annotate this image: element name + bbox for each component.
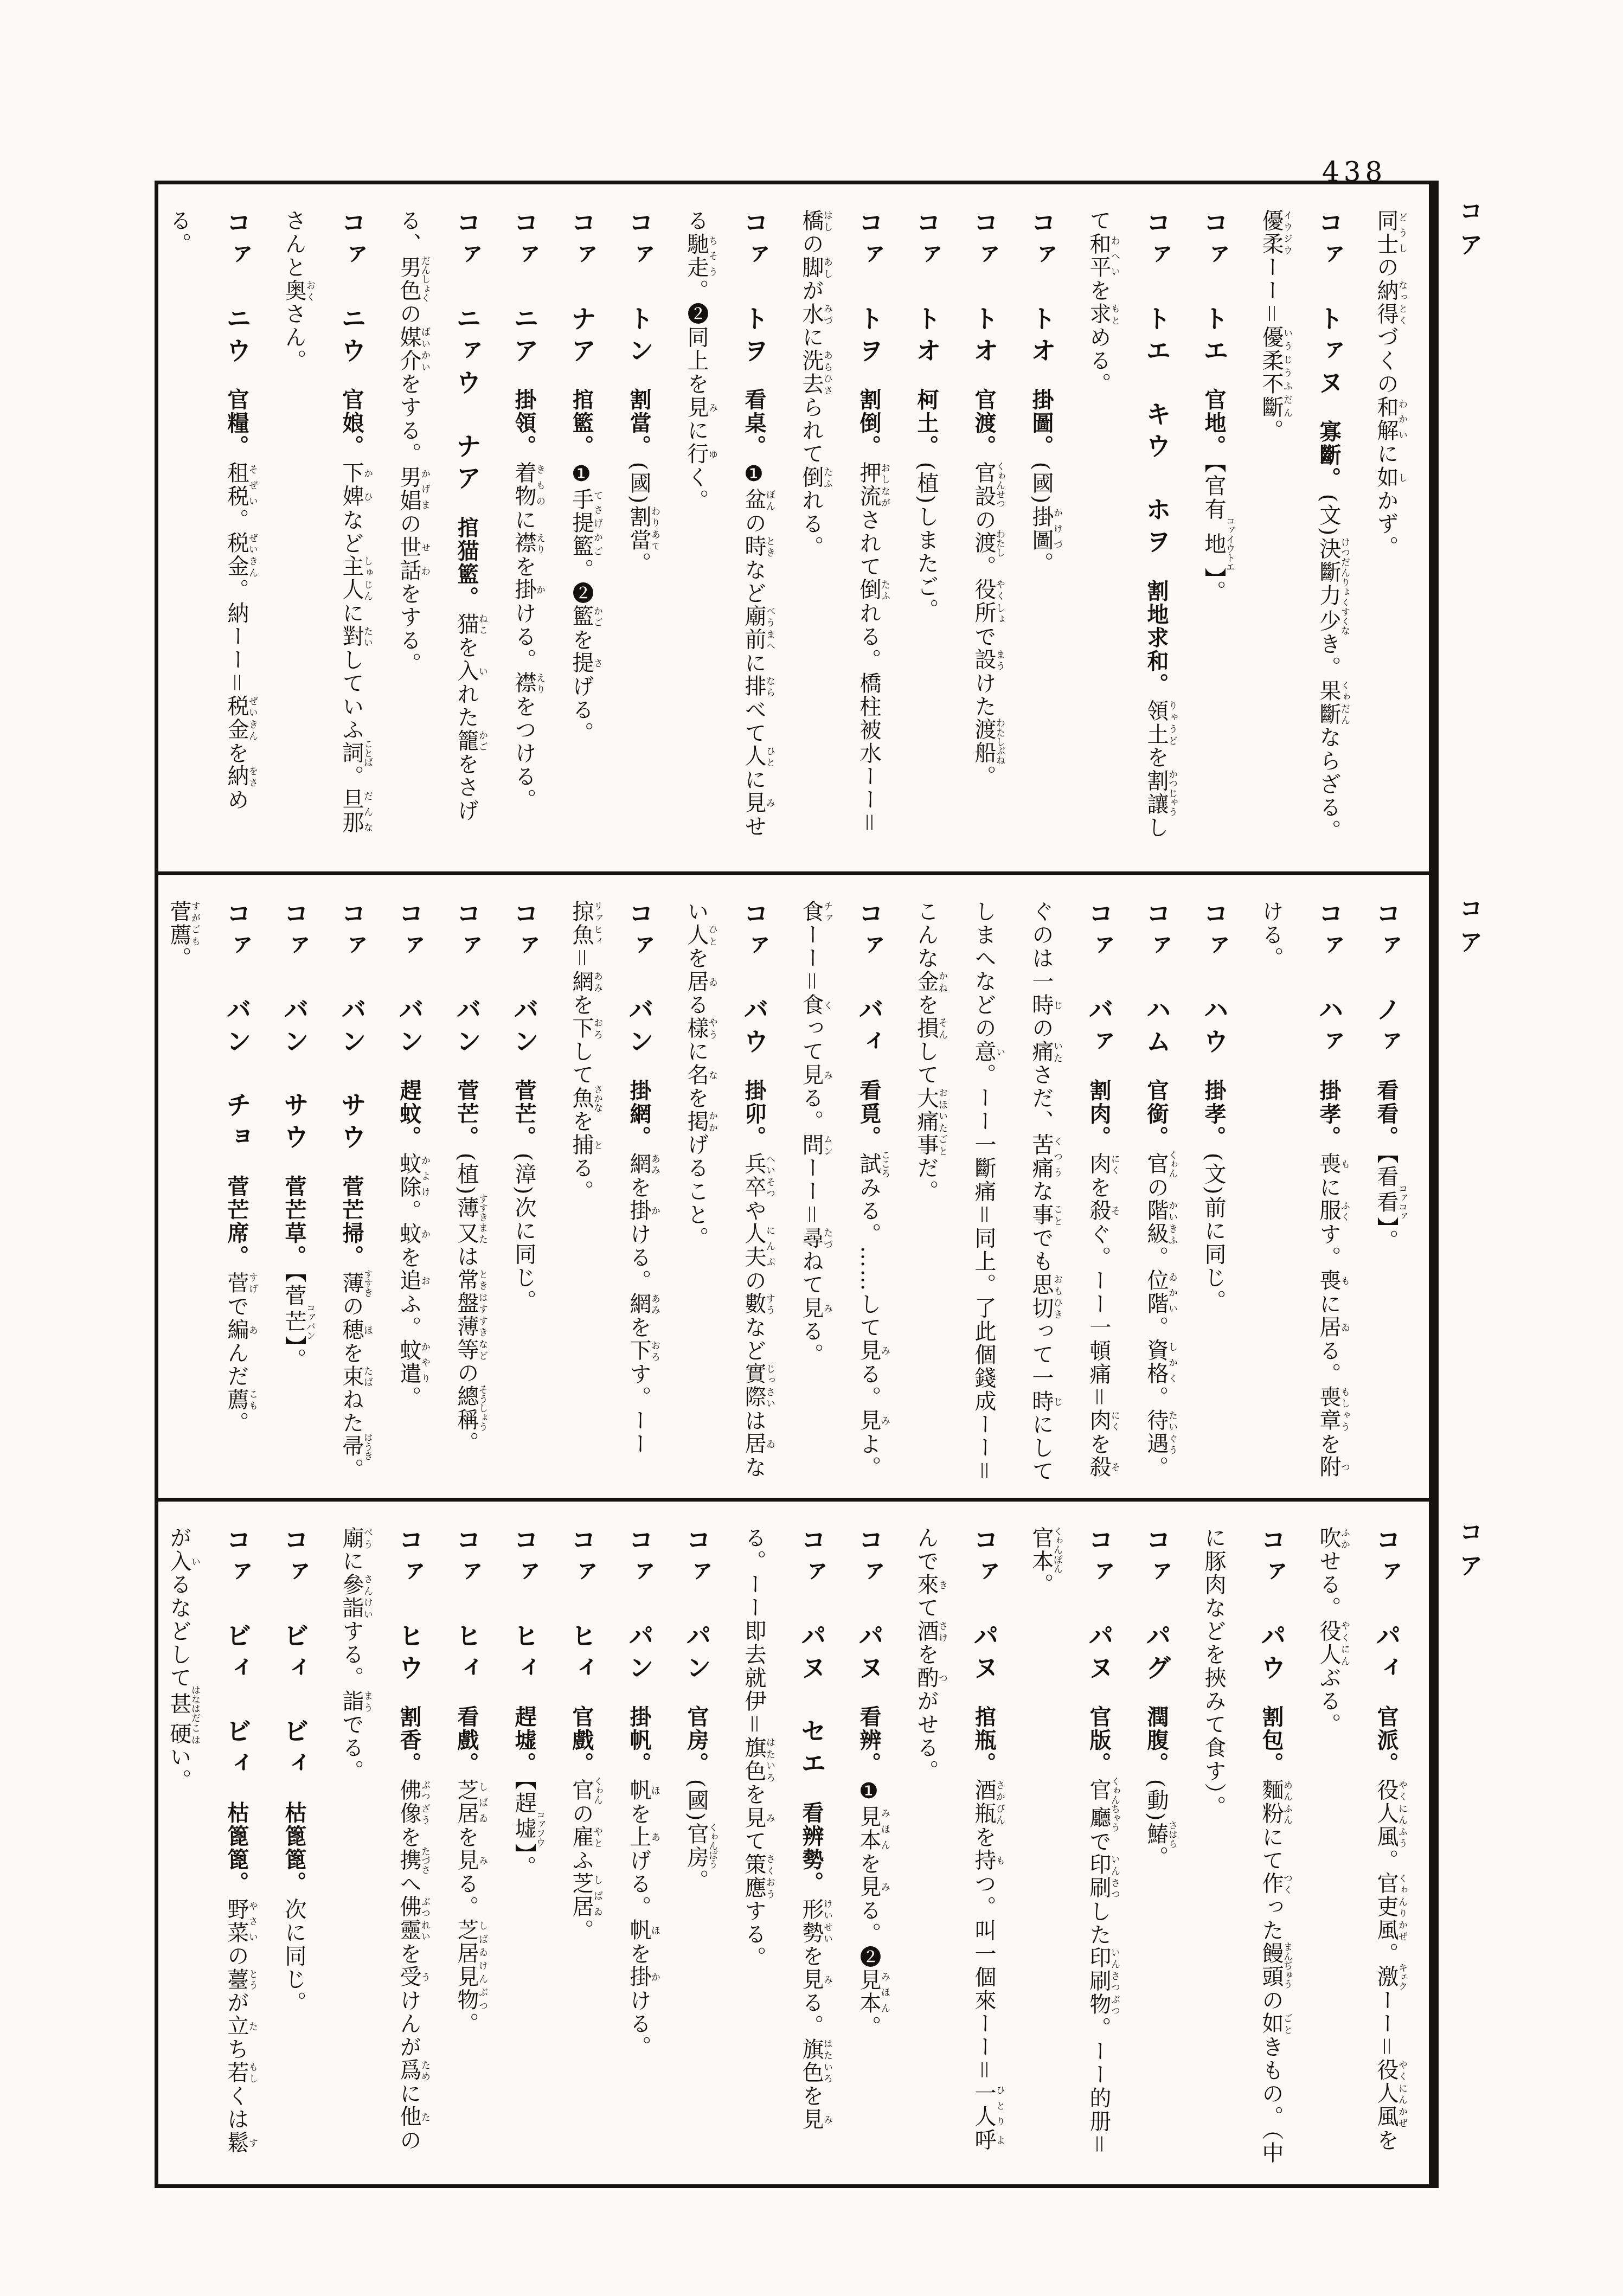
entry-word: 菅芒掃。 [339,1175,364,1268]
entry-headword-kana: コァ パグ [1141,1527,1171,1686]
entry-definition: 官くゎんの雇やとふ芝居しばゐ。 [569,1779,594,1942]
entry-word: 官娘。 [339,388,364,458]
entry-headword-kana: コァ バァ [1084,900,1114,1060]
entry-word: 看覓。 [856,1079,882,1149]
entry-word: 潤腹。 [1144,1705,1169,1775]
dictionary-entry: コァ パグ潤腹。(動)鰆さはら。 [1127,1527,1185,2170]
entry-headword-kana: コァ バウ [739,900,769,1060]
entry-definition: 【看看コァコァ】。 [1374,1152,1399,1252]
entry-headword-kana: コァ パヌ [1084,1527,1114,1686]
dictionary-entry: コァ バン チョ菅芒席。菅すげで編あんだ薦こも。菅薦すがごも。 [158,900,265,1484]
dictionary-entry: コァ ビィ ビィ枯篦篦。野菜やさいの薹とうが立たち若もしくは鬆すが入いるなどして… [158,1527,265,2170]
dictionary-entry: コァ バン菅芒。(植)薄すすき又または常盤薄ときはすすき等などの總稱そうしょう。 [438,900,495,1484]
entry-word: 掛網。 [626,1079,652,1149]
entry-headword-kana: コァ バン サウ [279,900,309,1156]
entry-definition: 同士どうしの納得なっとくづくの和解わかいに如しかず。 [1374,209,1399,559]
dictionary-entry: コァ トヲ割倒。押流おしながされて倒たふれる。橋柱被水ーー＝橋はしの脚あしが水み… [782,209,897,857]
dictionary-entry: コァ ハム官銜。官くゎんの階級かいきふ。位階ゐかい。資格しかく。待遇たいぐう。 [1127,900,1185,1484]
dictionary-entry: コァ バン菅芒。(漳)次に同じ。 [495,900,553,1484]
entry-definition: (國)割當わりあて。 [626,461,651,575]
dictionary-entry: コァ ノァ看看。【看看コァコァ】。 [1357,900,1415,1484]
dictionary-entry: コァ パヌ看辨。❶見本みほんを見みる。❷見本みほん。 [840,1527,897,2170]
dictionary-entry: コァ トン割當。(國)割當わりあて。 [610,209,668,857]
entry-headword-kana: コァ パン [682,1527,711,1686]
entry-definition: 【趕墟コァフウ】。 [511,1779,536,1878]
dictionary-entry: 同士どうしの納得なっとくづくの和解わかいに如しかず。 [1357,209,1415,857]
entry-word: 看桌。 [741,388,767,458]
dictionary-entry: コァ パヌ セエ看辨勢。形勢けいせいを見みる。旗色はたいろを見みる。ーー即去就伊… [725,1527,840,2170]
entry-headword-kana: コァ パィ [1371,1527,1401,1686]
entry-headword-kana: コァ ヒィ [567,1527,596,1686]
dictionary-entry: コァ トエ官地。【官有地コァイウトエ】。 [1185,209,1242,857]
entry-headword-kana: コァ トヲ [739,209,769,369]
page-frame: 同士どうしの納得なっとくづくの和解わかいに如しかず。コァ トァヌ寡斷。(文)決斷… [155,181,1439,2188]
entry-headword-kana: コァ バン チョ [222,900,252,1156]
entry-headword-kana: コァ ヒィ [509,1527,539,1686]
entry-word: 菅芒。 [454,1079,479,1149]
entry-headword-kana: コァ ヒィ [452,1527,482,1686]
entry-definition: (國)掛圖かけづ。 [1029,461,1054,575]
entry-word: 看戲。 [454,1705,479,1775]
entry-word: 菅芒。 [511,1079,537,1149]
entry-word: 官派。 [1374,1705,1399,1775]
dictionary-entry: コァ パン官房。(國)官房くゎんばう。 [668,1527,725,2170]
dictionary-band-2: コァ ノァ看看。【看看コァコァ】。コァ ハァ掛孝。喪もに服ふくす。喪もに居ゐる。… [158,871,1429,1498]
entry-word: 官版。 [1086,1705,1112,1775]
entry-definition: (國)官房くゎんばう。 [684,1779,709,1892]
entry-headword-kana: コァ トオ [969,209,999,369]
entry-word: 官戲。 [569,1705,594,1775]
dictionary-entry: コァ ハァ掛孝。喪もに服ふくす。喪もに居ゐる。喪章もしゃうを附つける。 [1242,900,1357,1484]
scanned-dictionary-page: { "page": { "number": "438", "margin_gui… [0,0,1623,2296]
entry-headword-kana: コァ ヒウ [394,1527,424,1686]
dictionary-entry: コァ パィ官派。役人風やくにんふう。官吏風くゎんりかぜ。激キェクーー＝役人風やく… [1300,1527,1415,2170]
entry-word: 看看。 [1374,1079,1399,1149]
entry-headword-kana: コァ トオ [1027,209,1056,369]
margin-guide-band-1: コア [1451,198,1486,266]
dictionary-entry: コァ ヒィ趕墟。【趕墟コァフウ】。 [495,1527,553,2170]
entry-word: 官糧。 [224,388,249,458]
dictionary-entry: コァ バン サウ菅芒掃。薄すすきの穂ほを束たばねた帚はうき。 [323,900,380,1484]
entry-headword-kana: コァ ハウ [1199,900,1229,1060]
entry-headword-kana: コァ バン [509,900,539,1060]
entry-definition: 肉にくを殺そぐ。ーー一頓痛＝肉にくを殺そぐのは一時じの痛いたさだ、苦痛くつうな事… [914,900,1111,1483]
entry-headword-kana: コァ パヌ セエ [797,1527,826,1782]
entry-headword-kana: コァ ニア [509,209,539,369]
dictionary-entry: コァ ヒィ看戲。芝居しばゐを見みる。芝居見物しばゐけんぶつ。 [438,1527,495,2170]
dictionary-entry: コァ トァヌ寡斷。(文)決斷力けつだんりょく少すくなき。果斷くゎだんならざる。優… [1242,209,1357,857]
entry-headword-kana: コァ ビィ ビィ [279,1527,309,1782]
entry-definition: 次に同じ。 [281,1898,306,2015]
margin-guide-band-2: コア [1451,896,1486,963]
entry-word: 割當。 [626,388,652,458]
dictionary-band-1: 同士どうしの納得なっとくづくの和解わかいに如しかず。コァ トァヌ寡斷。(文)決斷… [158,184,1429,871]
dictionary-entry: コァ ビィ ビィ枯篦篦。次に同じ。 [265,1527,323,2170]
entry-word: 掛帆。 [626,1705,652,1775]
entry-headword-kana: コァ トヲ [854,209,884,369]
dictionary-entry: コァ トヲ看桌。❶盆ぼんの時ときなど廟前べうまへに排ならべて人ひとに見みせる馳走… [668,209,782,857]
entry-word: 掛孝。 [1316,1079,1342,1149]
entry-word: 掛圖。 [1029,388,1054,458]
entry-word: 掛卯。 [741,1079,767,1149]
dictionary-entry: コァ パヌ官版。官廳くゎんちゃうで印刷いんさつした印刷物いんさつぶつ。ーー的册＝… [1012,1527,1127,2170]
dictionary-entry: コァ バァ割肉。肉にくを殺そぐ。ーー一頓痛＝肉にくを殺そぐのは一時じの痛いたさだ… [897,900,1127,1484]
entry-definition: (植)薄すすき又または常盤薄ときはすすき等などの總稱そうしょう。 [454,1152,479,1454]
entry-headword-kana: コァ ビィ ビィ [222,1527,252,1782]
entry-word: 寡斷。 [1316,420,1342,490]
margin-guide-band-3: コア [1451,1519,1486,1587]
entry-headword-kana: コァ ナア [567,209,596,369]
entry-headword-kana: コァ バン [394,900,424,1060]
dictionary-entry: コァ バウ掛卯。兵卒へいそつや人夫にんぷの數すうなど實際じっさいは居ゐない人ひと… [668,900,782,1484]
entry-definition: ❶見本みほんを見みる。❷見本みほん。 [856,1779,881,2038]
entry-definition: 【菅芒コァバン】。 [281,1272,306,1371]
dictionary-band-3: コァ パィ官派。役人風やくにんふう。官吏風くゎんりかぜ。激キェクーー＝役人風やく… [158,1498,1429,2184]
entry-definition: 蚊除かよけ。蚊かを追おふ。蚊遣かやり。 [396,1152,421,1409]
entry-definition: ❶手提籃てさげかご。❷籃かごを提さげる。 [569,461,594,745]
entry-word: 菅芒草。 [281,1175,307,1268]
entry-headword-kana: コァ ニウ [222,209,252,369]
entry-headword-kana: コァ ハム [1141,900,1171,1060]
entry-word: 看辨。 [856,1705,882,1775]
dictionary-entry: コァ バン趕蚊。蚊除かよけ。蚊かを追おふ。蚊遣かやり。 [380,900,438,1484]
dictionary-entry: コァ ニウ官娘。下婢かひなど主人しゅじんに對たいしていふ詞ことば。旦那だんなさん… [265,209,380,857]
entry-headword-kana: コァ パウ [1256,1527,1286,1686]
dictionary-entry: コァ トオ柯土。(植)しまたご。 [897,209,955,857]
entry-word: 掛領。 [511,388,537,458]
dictionary-entry: コァ バィ看覓。試こころみる。……して見みる。見みよ。食チァーー＝食くって見みる… [782,900,897,1484]
entry-definition: (動)鰆さはら。 [1144,1779,1169,1869]
entry-definition: 【官有地コァイウトエ】。 [1201,461,1226,603]
entry-word: 官地。 [1201,388,1227,458]
entry-word: 割地求和。 [1144,580,1169,696]
dictionary-entry: コァ ナア捾籃。❶手提籃てさげかご。❷籃かごを提さげる。 [553,209,610,857]
dictionary-entry: コァ ヒィ官戲。官くゎんの雇やとふ芝居しばゐ。 [553,1527,610,2170]
entry-word: 捾猫籃。 [454,516,479,610]
entry-word: 看辨勢。 [799,1801,824,1895]
entry-word: 官房。 [684,1705,709,1775]
dictionary-entry: コァ パウ割包。麵粉めんふんにて作つくった饅頭まんぢゅうの如ごときもの。（中に豚… [1185,1527,1300,2170]
entry-definition: 着物きものに襟えりを掛かける。襟えりをつける。 [511,461,536,811]
entry-definition: 帆ほを上あげる。帆ほを掛かける。 [626,1779,651,2058]
entry-headword-kana: コァ ニァウ ナア [452,209,482,497]
entry-headword-kana: コァ バン [452,900,482,1060]
entry-headword-kana: コァ トエ [1199,209,1229,369]
entry-definition: (漳)次に同じ。 [511,1152,536,1312]
entry-word: 菅芒席。 [224,1175,249,1268]
entry-word: 官渡。 [971,388,997,458]
entry-definition: (文)前に同じ。 [1201,1152,1226,1312]
entry-word: 割香。 [396,1705,422,1775]
dictionary-entry: コァ ハウ掛孝。(文)前に同じ。 [1185,900,1242,1484]
entry-word: 趕蚊。 [396,1079,422,1149]
entry-definition: (植)しまたご。 [914,461,939,621]
entry-headword-kana: コァ トエ キウ ホヲ [1141,209,1171,560]
entry-word: 趕墟。 [511,1705,537,1775]
entry-word: 枯篦篦。 [224,1801,249,1895]
dictionary-entry: コァ トオ掛圖。(國)掛圖かけづ。 [1012,209,1070,857]
entry-headword-kana: コァ パヌ [854,1527,884,1686]
dictionary-entry: コァ トオ官渡。官設くゎんせつの渡わたし。役所やくしょで設まうけた渡船わたしぶね… [955,209,1012,857]
dictionary-entry: コァ パヌ捾瓶。酒瓶さかびんを持もつ。叫一個來ーー＝一人ひとり呼よんで來きて酒さ… [897,1527,1012,2170]
entry-definition: 薄すすきの穂ほを束たばねた帚はうき。 [339,1272,364,1482]
entry-headword-kana: コァ ニウ [337,209,367,369]
dictionary-entry: コァ ヒウ割香。佛像ぶつざうを携たづさへ佛靈ぶつれいを受うけんが爲ために他たの廟… [323,1527,438,2170]
entry-headword-kana: コァ バン [624,900,654,1060]
entry-headword-kana: コァ ハァ [1314,900,1344,1060]
entry-headword-kana: コァ バィ [854,900,884,1060]
dictionary-entry: コァ ニア掛領。着物きものに襟えりを掛かける。襟えりをつける。 [495,209,553,857]
entry-headword-kana: コァ パン [624,1527,654,1686]
entry-headword-kana: コァ パヌ [969,1527,999,1686]
entry-headword-kana: コァ ノァ [1371,900,1401,1060]
entry-headword-kana: コァ トァヌ [1314,209,1344,401]
entry-word: 柯土。 [914,388,939,458]
entry-definition: 官設くゎんせつの渡わたし。役所やくしょで設まうけた渡船わたしぶね。 [971,461,996,788]
dictionary-entry: コァ バン掛網。網あみを掛かける。網あみを下おろす。ーー掠魚リァヒィ＝網あみを下… [553,900,668,1484]
entry-word: 割包。 [1259,1705,1284,1775]
entry-definition: 官くゎんの階級かいきふ。位階ゐかい。資格しかく。待遇たいぐう。 [1144,1152,1169,1479]
entry-word: 割倒。 [856,388,882,458]
entry-word: 掛孝。 [1201,1079,1227,1149]
entry-word: 割肉。 [1086,1079,1112,1149]
entry-headword-kana: コァ バン サウ [337,900,367,1156]
dictionary-entry: コァ バン サウ菅芒草。【菅芒コァバン】。 [265,900,323,1484]
dictionary-entry: コァ ニウ官糧。租税そぜい。税金ぜいきん。納ーー＝税金ぜいきんを納をさめる。 [158,209,265,857]
entry-headword-kana: コァ トン [624,209,654,369]
entry-definition: 芝居しばゐを見みる。芝居見物しばゐけんぶつ。 [454,1779,479,2035]
dictionary-entry: コァ トエ キウ ホヲ割地求和。領土りゃうどを割讓かつじゃうして和平わへいを求も… [1070,209,1185,857]
entry-headword-kana: コァ トオ [912,209,941,369]
entry-word: 官銜。 [1144,1079,1169,1149]
entry-word: 捾籃。 [569,388,594,458]
dictionary-entry: コァ パン掛帆。帆ほを上あげる。帆ほを掛かける。 [610,1527,668,2170]
entry-word: 枯篦篦。 [281,1801,307,1895]
entry-word: 捾瓶。 [971,1705,997,1775]
dictionary-entry: コァ ニァウ ナア捾猫籃。猫ねこを入いれた籠かごをさげる、男色だんしょくの媒介ば… [380,209,495,857]
